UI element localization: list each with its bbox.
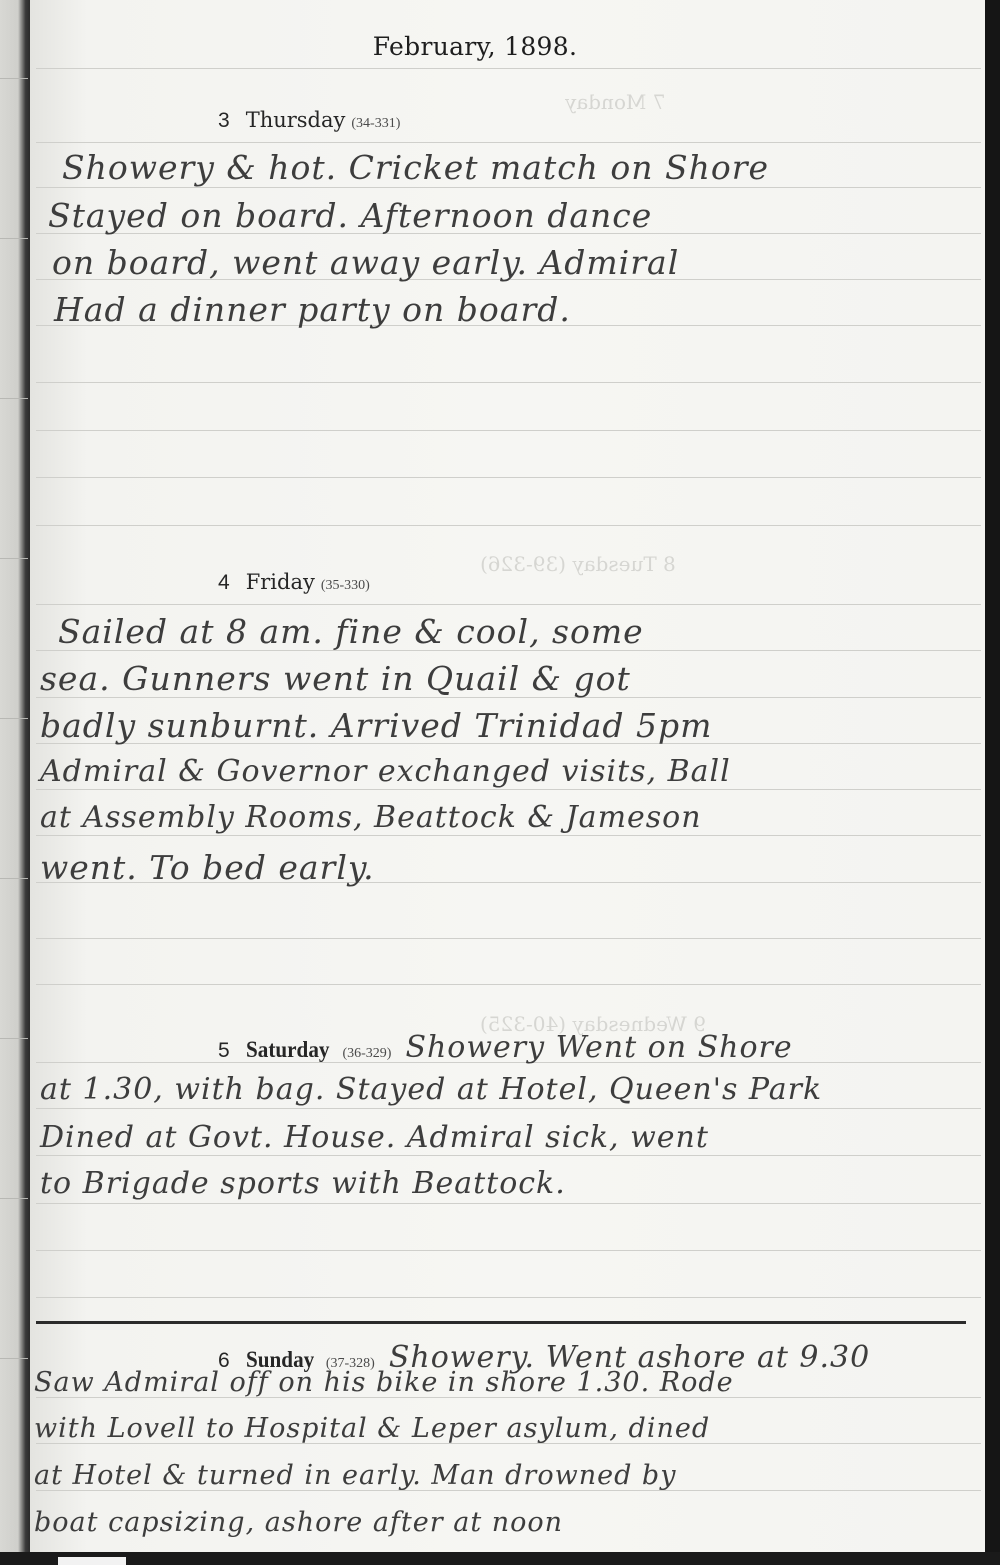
bleed-through-monday: 7 Monday [565, 90, 666, 114]
day-count: (36-329) [342, 1046, 391, 1062]
book-edge-right [985, 0, 1000, 1565]
bleed-through-tuesday: 8 Tuesday (39-326) [480, 552, 676, 576]
day-name: Saturday [246, 1037, 329, 1063]
handwritten-line: Dined at Govt. House. Admiral sick, went [40, 1120, 709, 1155]
handwritten-inline: Showery Went on Shore [405, 1030, 792, 1065]
handwritten-line: badly sunburnt. Arrived Trinidad 5pm [40, 706, 712, 745]
day-count: (35-330) [321, 578, 370, 594]
day-heading: 3 Thursday (34-331) [218, 108, 400, 133]
handwritten-line: Had a dinner party on board. [54, 290, 571, 329]
week-divider [36, 1321, 966, 1324]
day-heading: 4 Friday (35-330) [218, 570, 370, 595]
page-tab [58, 1557, 126, 1565]
handwritten-line: Saw Admiral off on his bike in shore 1.3… [34, 1367, 734, 1398]
day-number: 4 [218, 571, 230, 595]
book-gutter [0, 0, 30, 1552]
handwritten-line: boat capsizing, ashore after at noon [34, 1507, 563, 1538]
diary-page: 7 Monday 8 Tuesday (39-326) 9 Wednesday … [30, 0, 985, 1552]
handwritten-line: at Hotel & turned in early. Man drowned … [34, 1460, 676, 1491]
book-edge-bottom [0, 1552, 1000, 1565]
handwritten-line: Sailed at 8 am. fine & cool, some [58, 612, 644, 651]
handwritten-line: sea. Gunners went in Quail & got [40, 659, 631, 698]
handwritten-line: Showery & hot. Cricket match on Shore [62, 148, 769, 187]
handwritten-line: went. To bed early. [40, 848, 375, 887]
handwritten-line: at 1.30, with bag. Stayed at Hotel, Quee… [40, 1072, 822, 1107]
day-number: 5 [218, 1039, 230, 1063]
handwritten-line: with Lovell to Hospital & Leper asylum, … [34, 1413, 710, 1444]
handwritten-line: to Brigade sports with Beattock. [40, 1166, 566, 1201]
day-name: Friday [246, 570, 315, 594]
handwritten-line: Stayed on board. Afternoon dance [48, 196, 652, 235]
day-number: 3 [218, 109, 230, 133]
handwritten-line: on board, went away early. Admiral [52, 243, 679, 282]
page-title: February, 1898. [30, 32, 920, 61]
day-count: (34-331) [351, 116, 400, 132]
day-heading: 5 Saturday (36-329) Showery Went on Shor… [218, 1030, 793, 1065]
handwritten-line: Admiral & Governor exchanged visits, Bal… [40, 754, 731, 789]
handwritten-line: at Assembly Rooms, Beattock & Jameson [40, 800, 702, 835]
day-name: Thursday [246, 108, 346, 132]
